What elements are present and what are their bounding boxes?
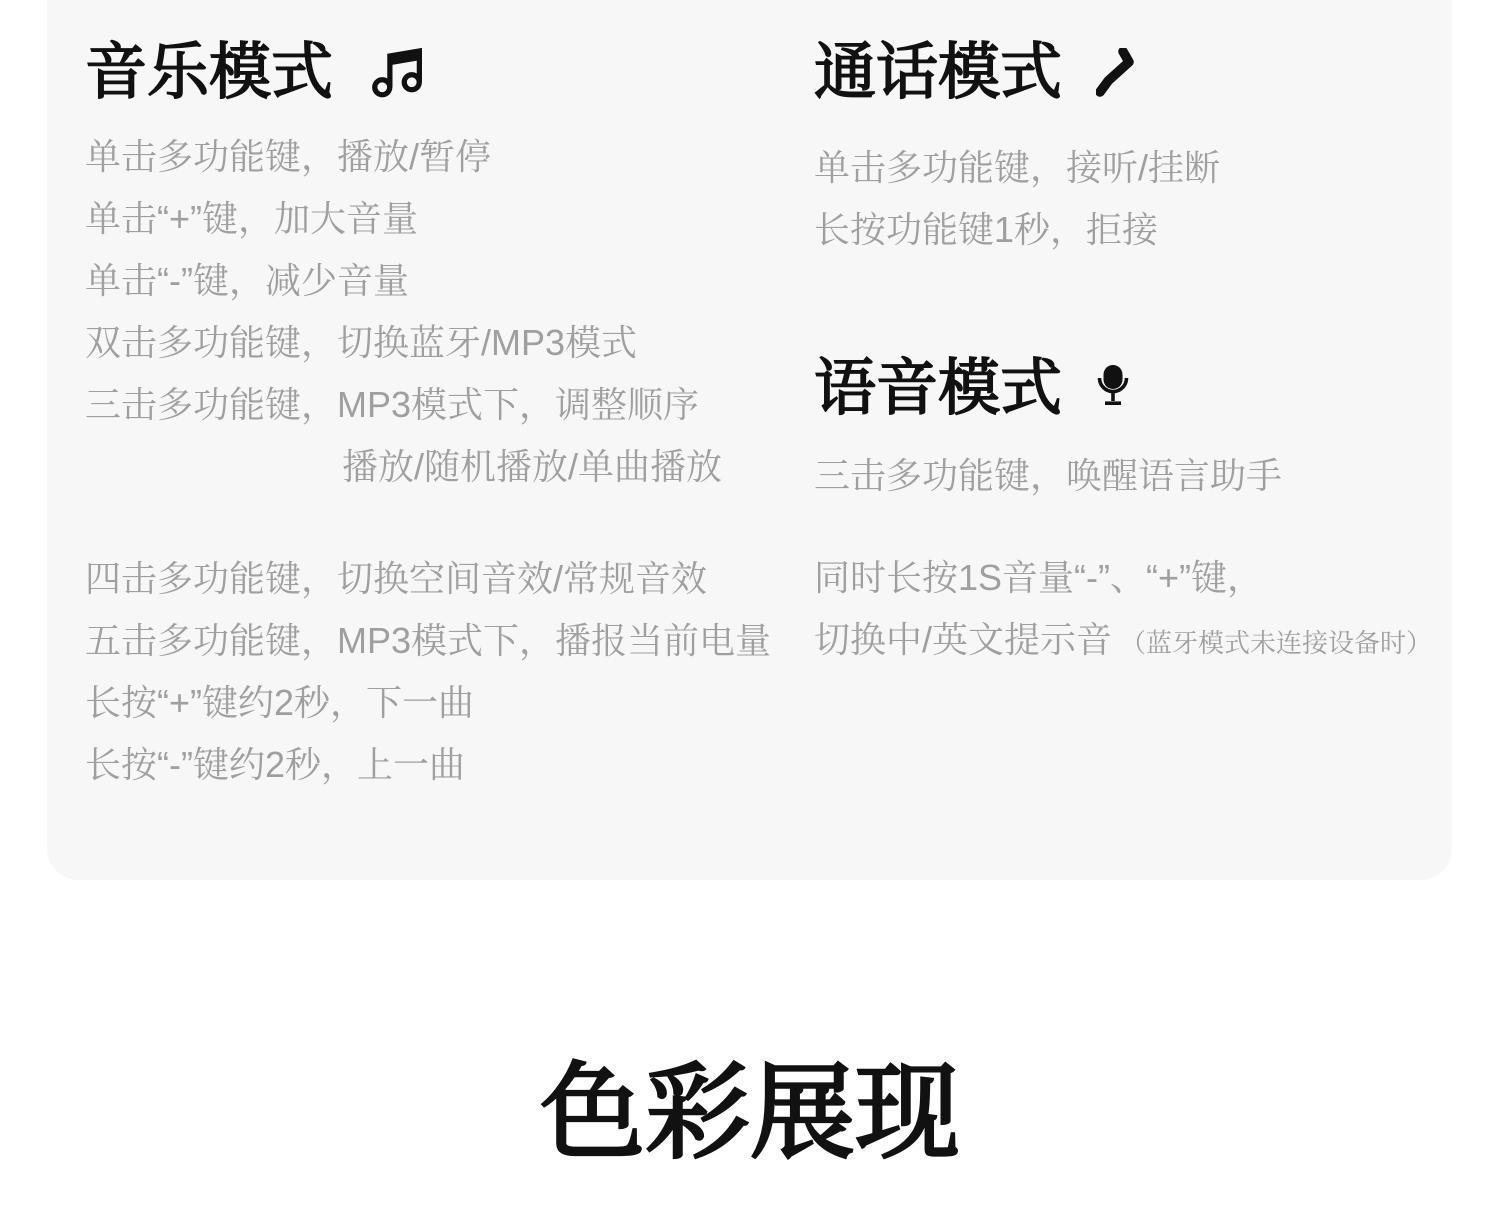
instruction-line: 切换中/英文提示音（蓝牙模式未连接设备时） [814, 609, 1432, 674]
voice-mode-note: （蓝牙模式未连接设备时） [1120, 628, 1432, 658]
color-showcase-title: 色彩展现 [0, 1058, 1500, 1170]
instruction-line: 单击多功能键，接听/挂断 [814, 137, 1432, 199]
call-mode-title-text: 通话模式 [814, 42, 1062, 104]
instruction-line: 单击多功能键，播放/暂停 [85, 126, 771, 188]
call-mode-title: 通话模式 [814, 42, 1432, 104]
product-description-page: 音乐模式 单击多功能键，播放/暂停 单击“+”键，加大音量 单击“-”键，减少音… [0, 0, 1500, 1221]
instruction-line: 长按“+”键约2秒，下一曲 [85, 672, 771, 734]
instruction-line: 单击“-”键，减少音量 [85, 250, 771, 312]
instruction-line: 三击多功能键，唤醒语言助手 [814, 445, 1432, 507]
instruction-line: 长按功能键1秒，拒接 [814, 199, 1432, 261]
microphone-icon [1096, 363, 1130, 415]
instruction-line: 长按“-”键约2秒，上一曲 [85, 734, 771, 796]
instruction-line-text: 切换中/英文提示音 [814, 619, 1112, 660]
phone-handset-icon [1096, 48, 1136, 98]
voice-mode-title: 语音模式 [814, 358, 1432, 420]
music-mode-section: 音乐模式 单击多功能键，播放/暂停 单击“+”键，加大音量 单击“-”键，减少音… [85, 0, 771, 796]
instruction-line: 同时长按1S音量“-”、“+”键， [814, 547, 1432, 609]
instruction-line-continuation: 播放/随机播放/单曲播放 [85, 436, 771, 498]
music-notes-icon [367, 43, 427, 103]
instruction-line: 单击“+”键，加大音量 [85, 188, 771, 250]
call-voice-section: 通话模式 单击多功能键，接听/挂断 长按功能键1秒，拒接 语音模式 三击多功能键… [814, 0, 1432, 674]
music-mode-title-text: 音乐模式 [85, 42, 333, 104]
music-mode-title: 音乐模式 [85, 42, 771, 104]
instruction-line: 三击多功能键，MP3模式下，调整顺序 [85, 374, 771, 436]
voice-mode-title-text: 语音模式 [814, 358, 1062, 420]
instruction-line: 五击多功能键，MP3模式下，播报当前电量 [85, 610, 771, 672]
instruction-line: 四击多功能键，切换空间音效/常规音效 [85, 548, 771, 610]
instruction-line: 双击多功能键，切换蓝牙/MP3模式 [85, 312, 771, 374]
